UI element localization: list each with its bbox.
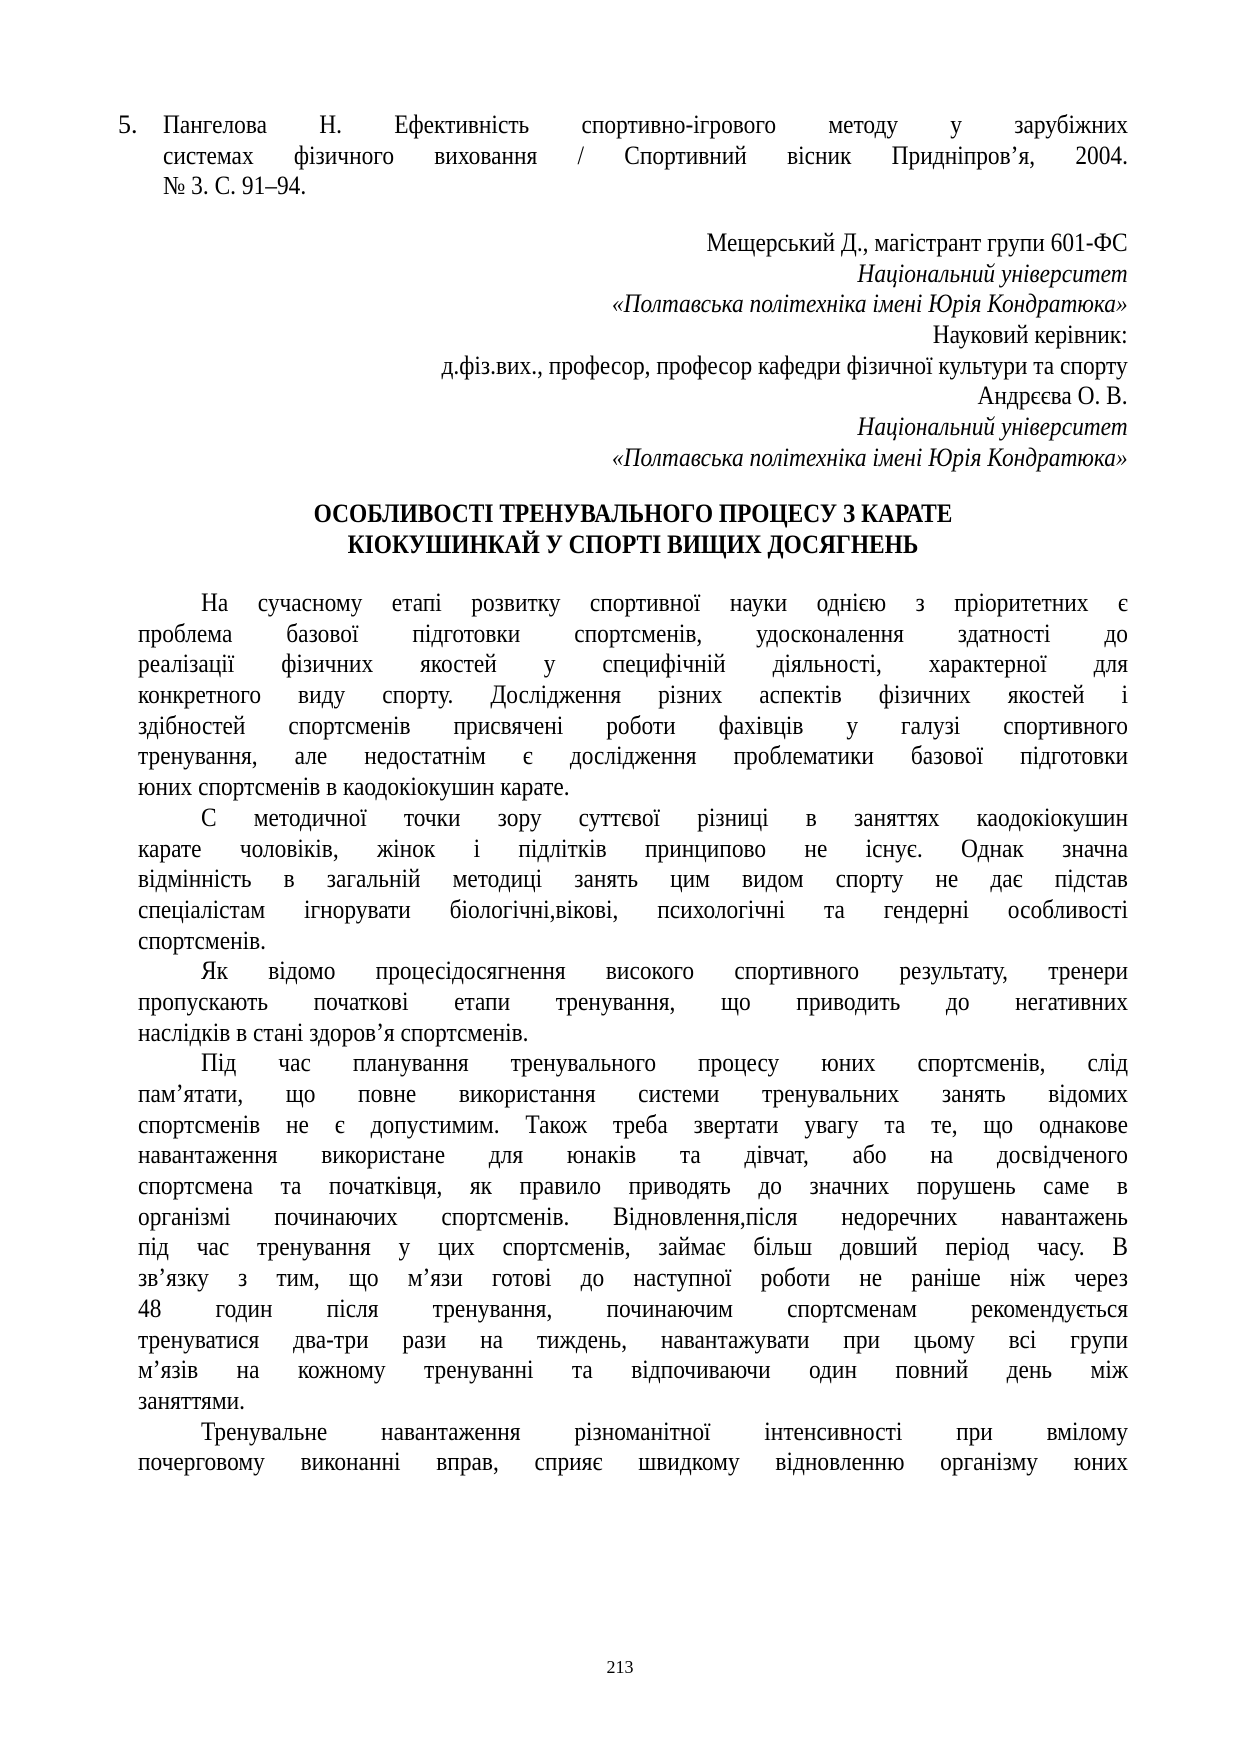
supervisor-title: д.фіз.вих., професор, професор кафедри ф…: [240, 351, 1128, 382]
paragraph-4: Під час планування тренувального процесу…: [138, 1048, 1128, 1416]
title-line-2: КІОКУШИНКАЙ У СПОРТІ ВИЩИХ ДОСЯГНЕНЬ: [138, 529, 1128, 560]
article-body: На сучасному етапі розвитку спортивної н…: [138, 588, 1128, 1478]
supervisor-university-line-1: Національний університет: [240, 412, 1128, 443]
document-page: 5. Пангелова Н. Ефективність спортивно-і…: [0, 0, 1240, 1754]
supervisor-label: Науковий керівник:: [240, 320, 1128, 351]
author-university-line-1: Національний університет: [240, 259, 1128, 290]
article-title: ОСОБЛИВОСТІ ТРЕНУВАЛЬНОГО ПРОЦЕСУ З КАРА…: [138, 498, 1128, 560]
reference-number: 5.: [118, 110, 138, 141]
author-block: Мещерський Д., магістрант групи 601-ФС Н…: [240, 228, 1128, 474]
supervisor-name: Андрєєва О. В.: [240, 381, 1128, 412]
title-line-1: ОСОБЛИВОСТІ ТРЕНУВАЛЬНОГО ПРОЦЕСУ З КАРА…: [138, 498, 1128, 529]
supervisor-university-line-2: «Полтавська політехніка імені Юрія Кондр…: [240, 443, 1128, 474]
reference-line: Пангелова Н. Ефективність спортивно-ігро…: [163, 110, 1128, 141]
paragraph-5: Тренувальне навантаження різноманітної і…: [138, 1417, 1128, 1478]
paragraph-2: С методичної точки зору суттєвої різниці…: [138, 803, 1128, 956]
author-university-line-2: «Полтавська політехніка імені Юрія Кондр…: [240, 289, 1128, 320]
reference-line: № 3. С. 91–94.: [163, 171, 1128, 202]
paragraph-1: На сучасному етапі розвитку спортивної н…: [138, 588, 1128, 803]
reference-line: системах фізичного виховання / Спортивни…: [163, 141, 1128, 172]
page-number: 213: [0, 1656, 1240, 1678]
author-name: Мещерський Д., магістрант групи 601-ФС: [240, 228, 1128, 259]
paragraph-3: Як відомо процесідосягнення високого спо…: [138, 956, 1128, 1048]
